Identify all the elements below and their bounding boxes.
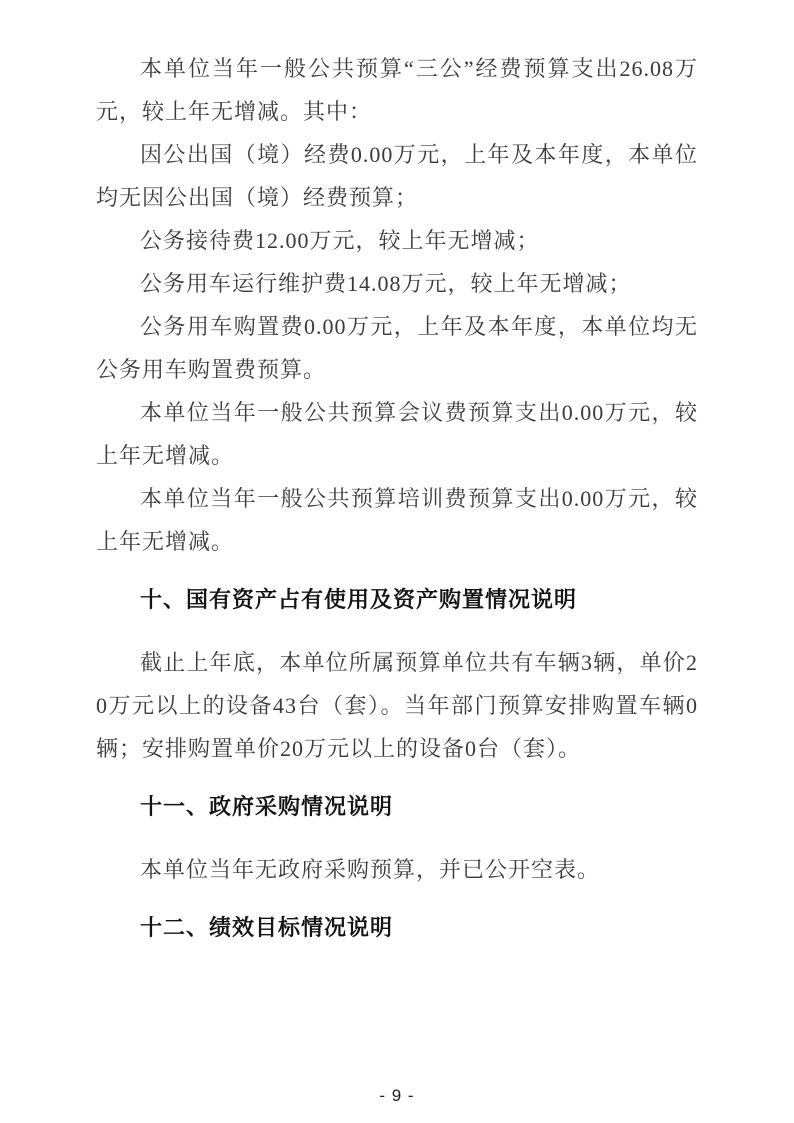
paragraph: 本单位当年无政府采购预算，并已公开空表。 <box>96 848 698 891</box>
paragraph: 公务用车购置费0.00万元，上年及本年度，本单位均无公务用车购置费预算。 <box>96 305 698 391</box>
paragraph: 截止上年底，本单位所属预算单位共有车辆3辆，单价20万元以上的设备43台（套）。… <box>96 641 698 770</box>
paragraph: 公务接待费12.00万元，较上年无增减； <box>96 219 698 262</box>
section-heading: 十一、政府采购情况说明 <box>96 785 698 828</box>
paragraph: 因公出国（境）经费0.00万元，上年及本年度，本单位均无因公出国（境）经费预算； <box>96 133 698 219</box>
page-footer: - 9 - <box>0 1087 794 1106</box>
paragraph: 本单位当年一般公共预算培训费预算支出0.00万元，较上年无增减。 <box>96 477 698 563</box>
paragraph: 本单位当年一般公共预算会议费预算支出0.00万元，较上年无增减。 <box>96 391 698 477</box>
document-page: 本单位当年一般公共预算“三公”经费预算支出26.08万元，较上年无增减。其中：因… <box>0 0 794 1123</box>
document-body: 本单位当年一般公共预算“三公”经费预算支出26.08万元，较上年无增减。其中：因… <box>96 47 698 949</box>
page-number: - 9 - <box>379 1086 414 1105</box>
section-heading: 十、国有资产占有使用及资产购置情况说明 <box>96 578 698 621</box>
paragraph: 公务用车运行维护费14.08万元，较上年无增减； <box>96 262 698 305</box>
paragraph: 本单位当年一般公共预算“三公”经费预算支出26.08万元，较上年无增减。其中： <box>96 47 698 133</box>
section-heading: 十二、绩效目标情况说明 <box>96 906 698 949</box>
